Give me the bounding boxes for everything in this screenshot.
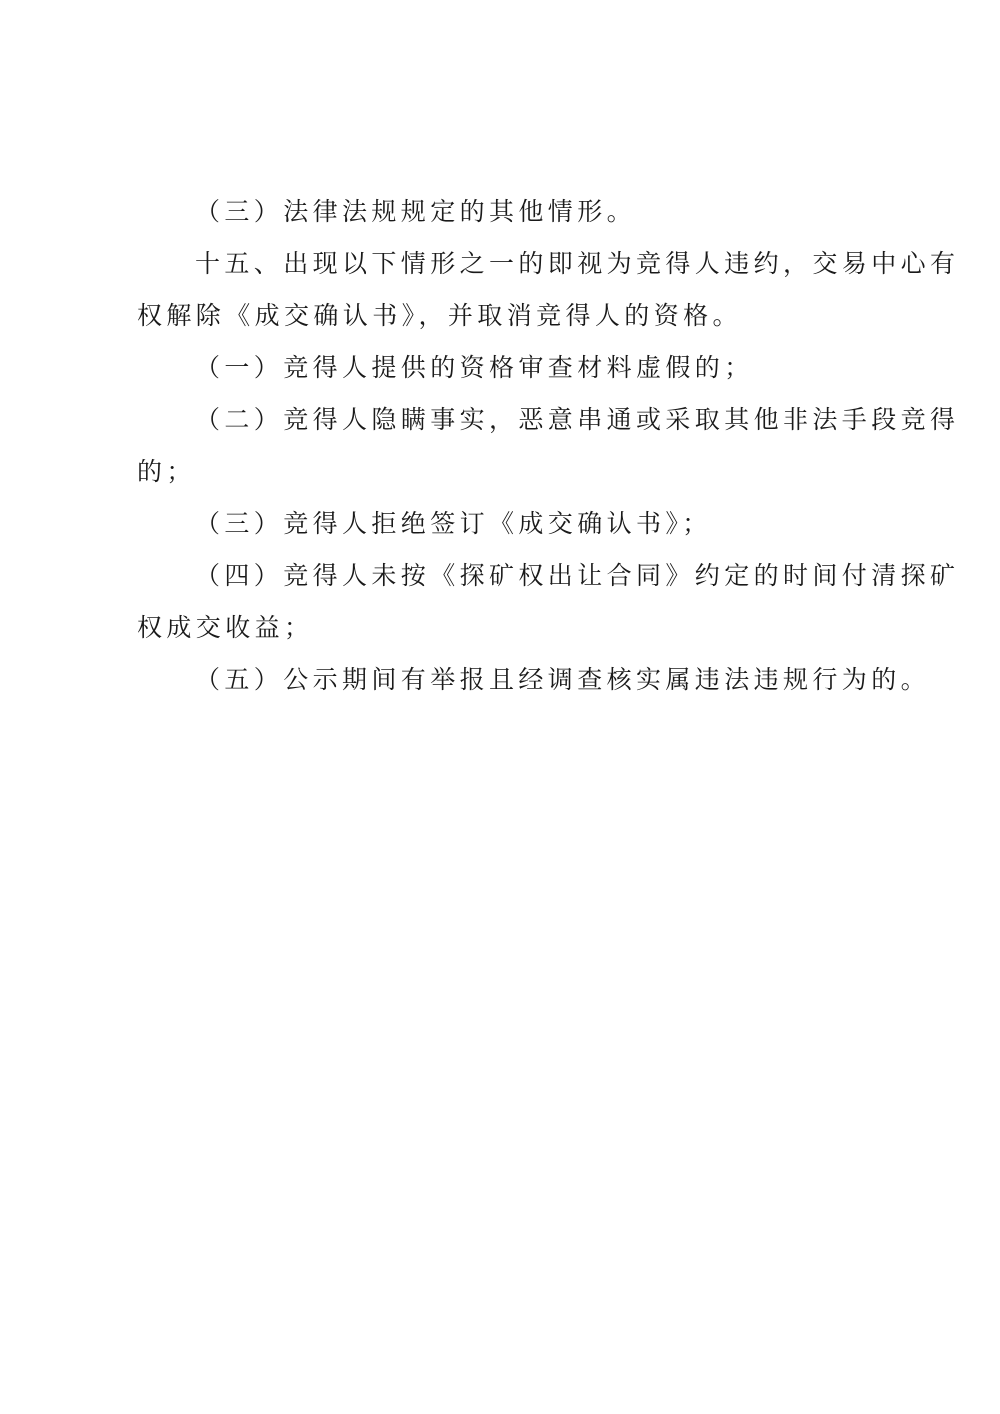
text-line: （四）竞得人未按《探矿权出让合同》约定的时间付清探矿	[137, 550, 879, 602]
text-line: 权解除《成交确认书》，并取消竞得人的资格。	[137, 290, 879, 342]
paragraph-article-15-item-2: （二）竞得人隐瞒事实，恶意串通或采取其他非法手段竞得 的；	[137, 394, 879, 498]
paragraph-article-15-item-3: （三）竞得人拒绝签订《成交确认书》；	[137, 498, 879, 550]
text-line: 十五、出现以下情形之一的即视为竞得人违约，交易中心有	[137, 238, 879, 290]
text-line: （三）法律法规规定的其他情形。	[137, 186, 879, 238]
document-page: （三）法律法规规定的其他情形。 十五、出现以下情形之一的即视为竞得人违约，交易中…	[0, 0, 1000, 1414]
text-line: （二）竞得人隐瞒事实，恶意串通或采取其他非法手段竞得	[137, 394, 879, 446]
paragraph-article-15-item-5: （五）公示期间有举报且经调查核实属违法违规行为的。	[137, 654, 879, 706]
text-line: （三）竞得人拒绝签订《成交确认书》；	[137, 498, 879, 550]
paragraph-article-15: 十五、出现以下情形之一的即视为竞得人违约，交易中心有 权解除《成交确认书》，并取…	[137, 238, 879, 342]
text-line: 权成交收益；	[137, 602, 879, 654]
text-line: （五）公示期间有举报且经调查核实属违法违规行为的。	[137, 654, 879, 706]
paragraph-item-3-other: （三）法律法规规定的其他情形。	[137, 186, 879, 238]
text-line: （一）竞得人提供的资格审查材料虚假的；	[137, 342, 879, 394]
text-line: 的；	[137, 446, 879, 498]
paragraph-article-15-item-4: （四）竞得人未按《探矿权出让合同》约定的时间付清探矿 权成交收益；	[137, 550, 879, 654]
paragraph-article-15-item-1: （一）竞得人提供的资格审查材料虚假的；	[137, 342, 879, 394]
document-body: （三）法律法规规定的其他情形。 十五、出现以下情形之一的即视为竞得人违约，交易中…	[137, 186, 879, 706]
